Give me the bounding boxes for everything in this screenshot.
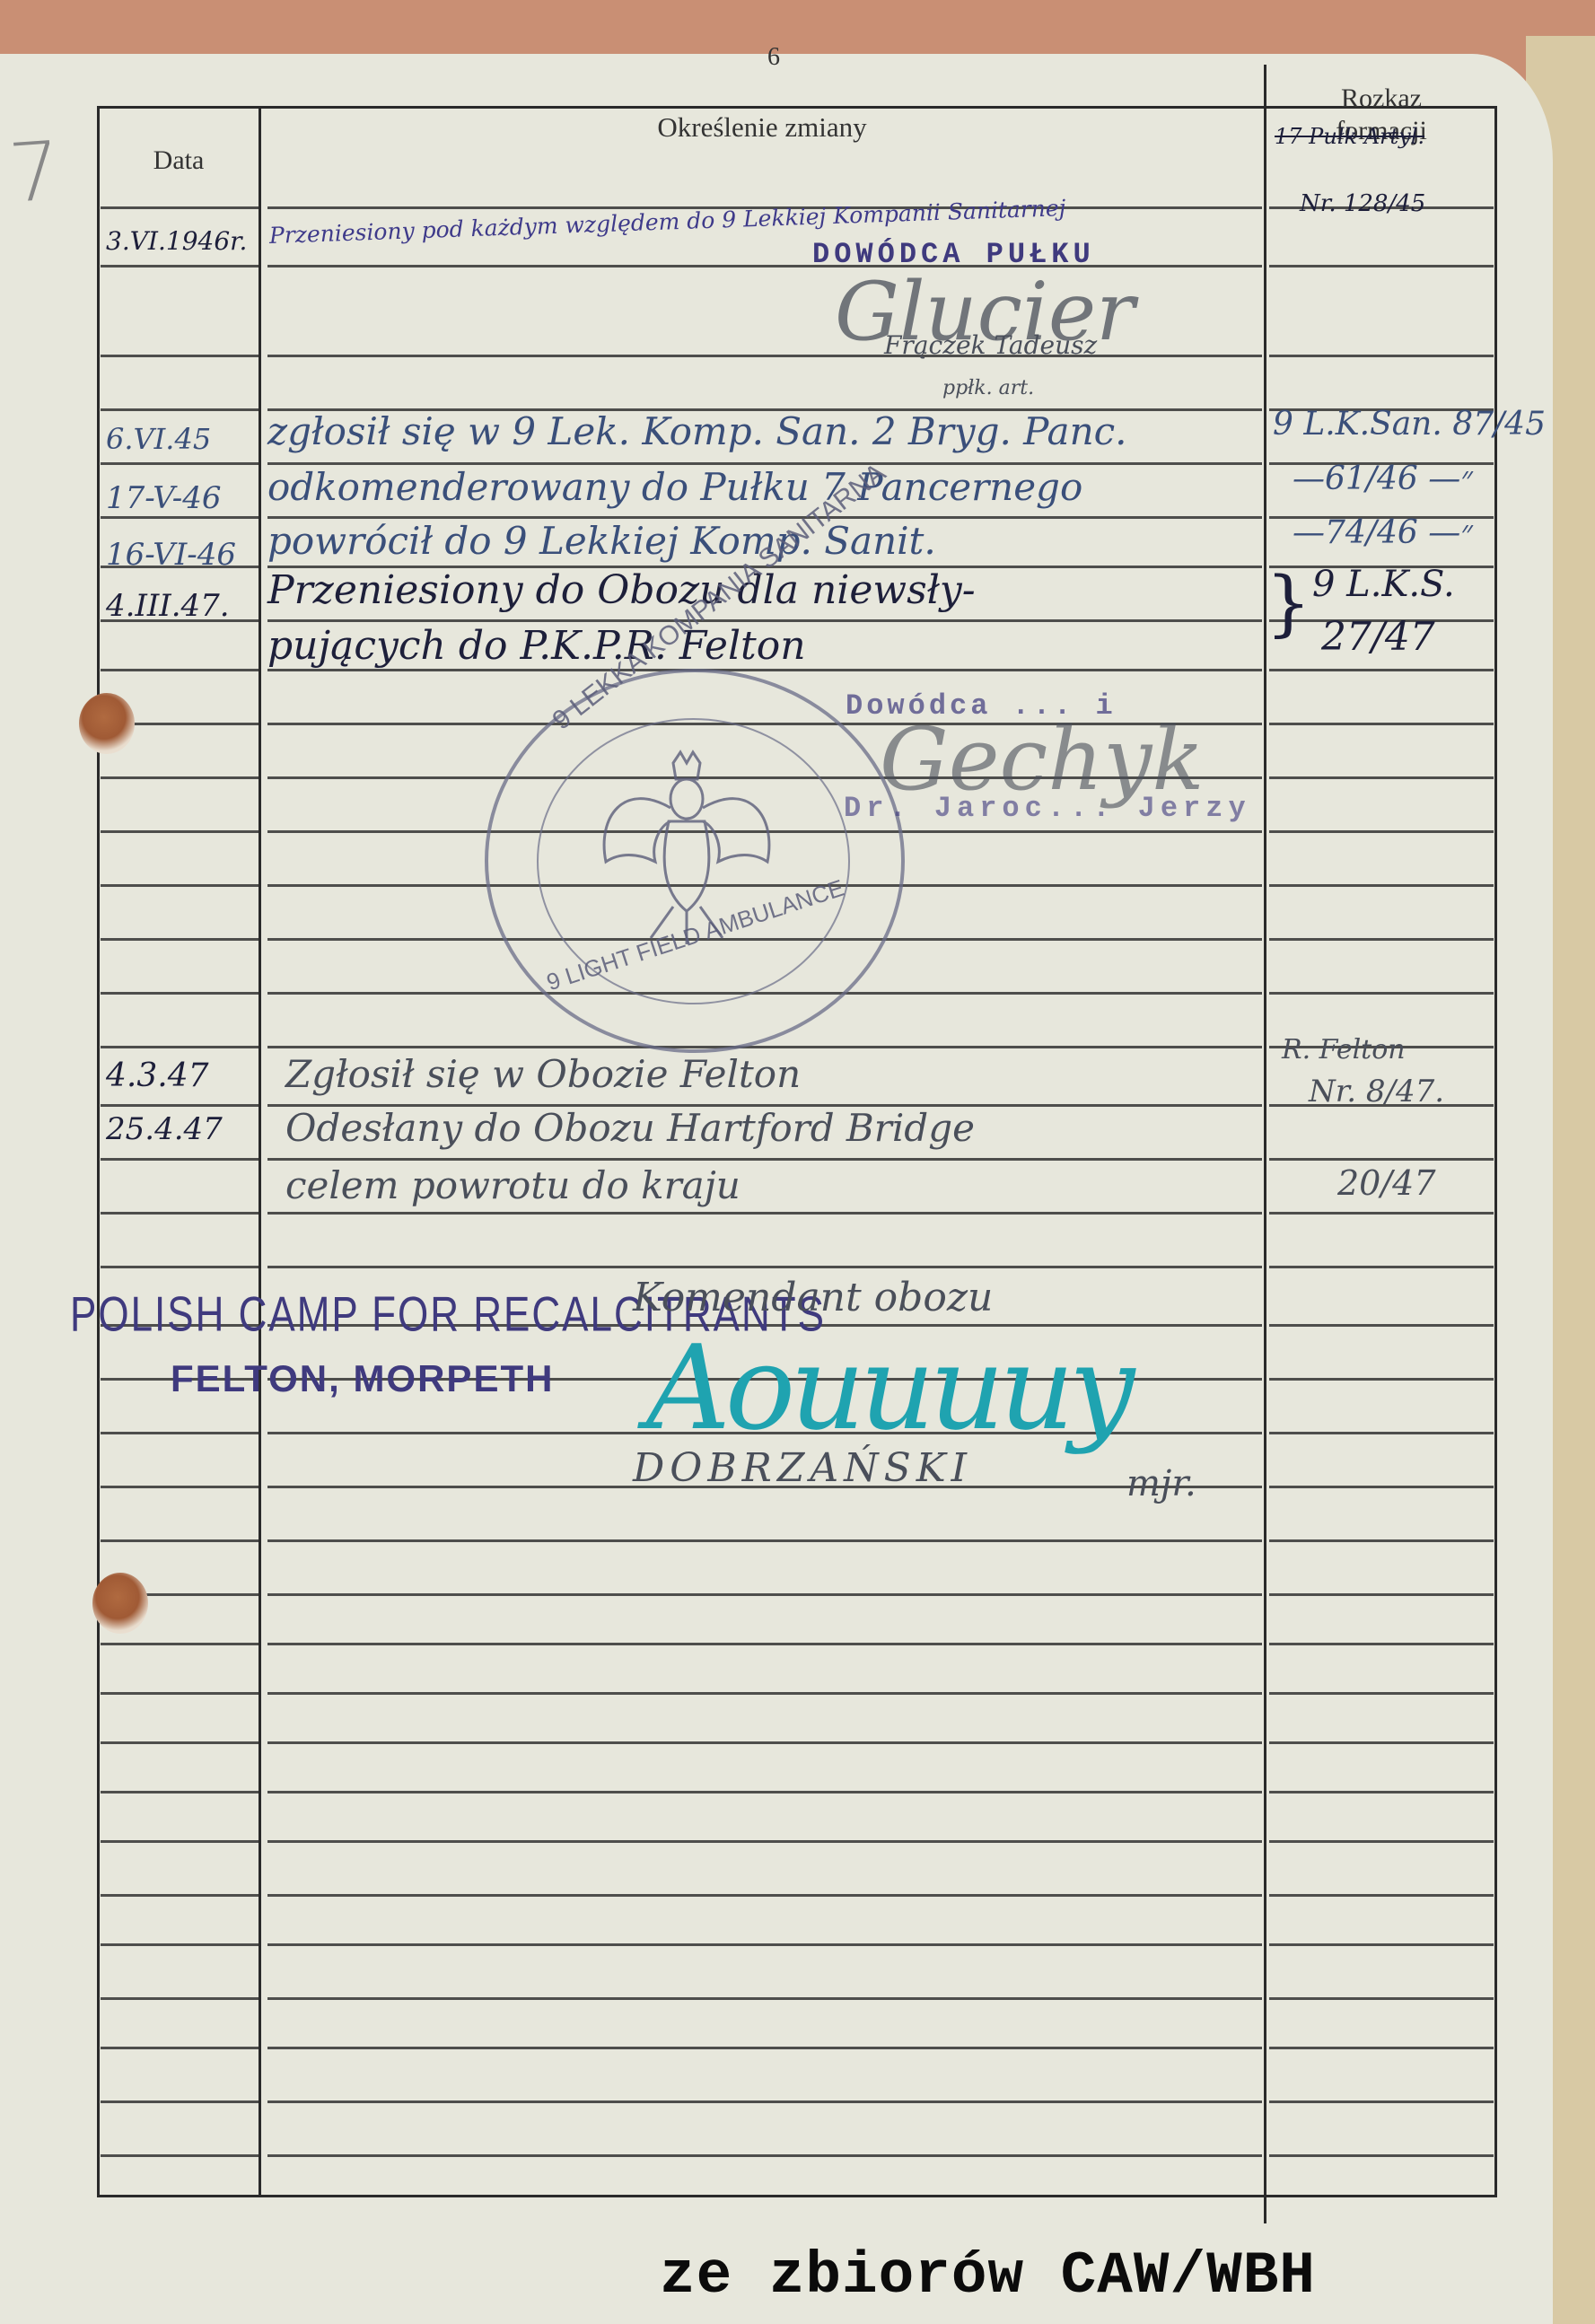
ruled-line [1269, 1593, 1494, 1596]
ruled-line [267, 2100, 1262, 2103]
ruled-line [101, 1643, 259, 1645]
ruled-line [1269, 1158, 1494, 1161]
ruled-line [101, 1486, 259, 1488]
ruled-line [1269, 723, 1494, 725]
ruled-line [1269, 1643, 1494, 1645]
brace-icon: } [1266, 561, 1311, 645]
header-order-line1: Rozkaz [1266, 83, 1497, 115]
ruled-line [267, 1840, 1262, 1843]
column-divider-order [1264, 65, 1266, 2223]
ruled-line [267, 2047, 1262, 2049]
ruled-line [1269, 1943, 1494, 1946]
ruled-line [101, 884, 259, 887]
ruled-line [267, 1692, 1262, 1695]
header-date: Data [99, 145, 259, 176]
ruled-line [267, 1266, 1262, 1268]
ruled-line [1269, 1324, 1494, 1327]
entry-date: 6.VI.45 [106, 422, 211, 456]
entry-date: 25.4.47 [106, 1111, 223, 1147]
entry-change-line2: pujących do P.K.P.R. Felton [267, 623, 806, 669]
ruled-line [101, 1943, 259, 1946]
entry-order: 20/47 [1337, 1163, 1436, 1203]
camp-commander-name: DOBRZAŃSKI [633, 1445, 972, 1491]
page-number: 6 [767, 43, 780, 72]
entry-order: —״— 61/46 [1293, 460, 1473, 497]
ruled-line [101, 830, 259, 833]
entry-date: 16-VI-46 [106, 537, 236, 573]
entry-date: 4.III.47. [106, 588, 230, 624]
ruled-line [1269, 669, 1494, 671]
ruled-line [1269, 830, 1494, 833]
entry-order-line1: R. Felton [1282, 1034, 1406, 1066]
ruled-line [267, 1046, 1262, 1048]
ruled-line [101, 516, 259, 519]
entry-order-line2: Nr. 8/47. [1309, 1074, 1444, 1109]
ruled-line [101, 1840, 259, 1843]
ruled-line [1269, 992, 1494, 995]
camp-stamp-line2: FELTON, MORPETH [171, 1357, 554, 1400]
ruled-line [1269, 884, 1494, 887]
ruled-line [101, 1997, 259, 2000]
ruled-line [267, 669, 1262, 671]
ruled-line [267, 1158, 1262, 1161]
ruled-line [1269, 265, 1494, 267]
entry-order-line2: Nr. 128/45 [1300, 190, 1425, 217]
column-divider-date [259, 106, 261, 2197]
ruled-line [1269, 1212, 1494, 1215]
entry-date: 4.3.47 [106, 1057, 209, 1094]
ruled-line [101, 1741, 259, 1744]
ruled-line [101, 669, 259, 671]
ruled-line [1269, 2100, 1494, 2103]
ruled-line [1269, 1997, 1494, 2000]
entry-order-line1: 17 Pułk Artyl. [1275, 124, 1424, 149]
ruled-line [1269, 1894, 1494, 1897]
ruled-line [267, 1741, 1262, 1744]
ruled-line [1269, 938, 1494, 941]
entry-change: Zgłosił się w Obozie Felton [285, 1052, 801, 1096]
ruled-line [101, 2100, 259, 2103]
punch-hole [79, 693, 135, 754]
ruled-line [267, 1791, 1262, 1793]
ruled-line [1269, 1486, 1494, 1488]
ruled-line [267, 1997, 1262, 2000]
margin-pencil-mark: 7 [5, 124, 63, 222]
ruled-line [267, 1643, 1262, 1645]
ruled-line [1269, 355, 1494, 357]
commander-stamp-rank: ppłk. art. [942, 377, 1034, 399]
ruled-line [101, 355, 259, 357]
ruled-line [1269, 1539, 1494, 1542]
ruled-line [101, 2047, 259, 2049]
ruled-line [1269, 1378, 1494, 1381]
archive-watermark: ze zbiorów CAW/WBH [660, 2242, 1316, 2310]
ruled-line [101, 1046, 259, 1048]
entry-change-line1: Odesłany do Obozu Hartford Bridge [285, 1106, 975, 1150]
entry-change: odkomenderowany do Pułku 7 Pancernego [267, 465, 1082, 509]
ruled-line [101, 1104, 259, 1107]
ruled-line [101, 938, 259, 941]
ruled-line [101, 1692, 259, 1695]
camp-commander-rank: mjr. [1126, 1463, 1196, 1504]
entry-order: 9 L.K.San. 87/45 [1273, 406, 1546, 443]
ruled-line [101, 1266, 259, 1268]
entry-date: 17-V-46 [106, 480, 221, 516]
ruled-line [101, 1212, 259, 1215]
ruled-line [1269, 1741, 1494, 1744]
ruled-line [267, 1593, 1262, 1596]
entry-order: —״— 74/46 [1293, 513, 1473, 551]
entry-change-line2: celem powrotu do kraju [285, 1163, 741, 1207]
ruled-line [101, 2154, 259, 2157]
ruled-line [1269, 1266, 1494, 1268]
unit-commander-stamp-name: Dr. Jaroc... Jerzy [844, 792, 1251, 825]
ruled-line [101, 1158, 259, 1161]
ruled-line [101, 992, 259, 995]
ruled-line [101, 206, 259, 209]
ruled-line [1269, 2047, 1494, 2049]
entry-order-line1: 9 L.K.S. [1312, 564, 1455, 605]
entry-date: 3.VI.1946r. [106, 226, 247, 256]
ruled-line [1269, 1692, 1494, 1695]
entry-change-line1: Przeniesiony do Obozu dla niewsły- [267, 567, 976, 613]
ruled-line [1269, 1432, 1494, 1434]
ruled-line [101, 462, 259, 465]
ruled-line [101, 1894, 259, 1897]
camp-commander-title: Komendant obozu [633, 1275, 993, 1320]
ruled-line [267, 2154, 1262, 2157]
ruled-line [267, 619, 1262, 622]
ruled-line [101, 408, 259, 411]
entry-change: zgłosił się w 9 Lek. Komp. San. 2 Bryg. … [267, 409, 1127, 453]
ruled-line [101, 1432, 259, 1434]
entry-order-line2: 27/47 [1321, 614, 1435, 660]
ruled-line [101, 1539, 259, 1542]
ruled-line [1269, 776, 1494, 779]
polish-eagle-icon [588, 745, 785, 952]
ruled-line [267, 1212, 1262, 1215]
ruled-line [101, 1791, 259, 1793]
header-change: Określenie zmiany [260, 111, 1264, 144]
ruled-line [101, 265, 259, 267]
camp-commander-signature: Aouuuuy [646, 1320, 1130, 1456]
commander-stamp-name: Frączek Tadeusz [884, 330, 1097, 360]
ruled-line [1269, 1791, 1494, 1793]
ruled-line [267, 1943, 1262, 1946]
ruled-line [1269, 2154, 1494, 2157]
ruled-line [267, 1894, 1262, 1897]
ruled-line [1269, 1840, 1494, 1843]
punch-hole [92, 1573, 148, 1634]
ruled-line [101, 776, 259, 779]
ruled-line [267, 1539, 1262, 1542]
